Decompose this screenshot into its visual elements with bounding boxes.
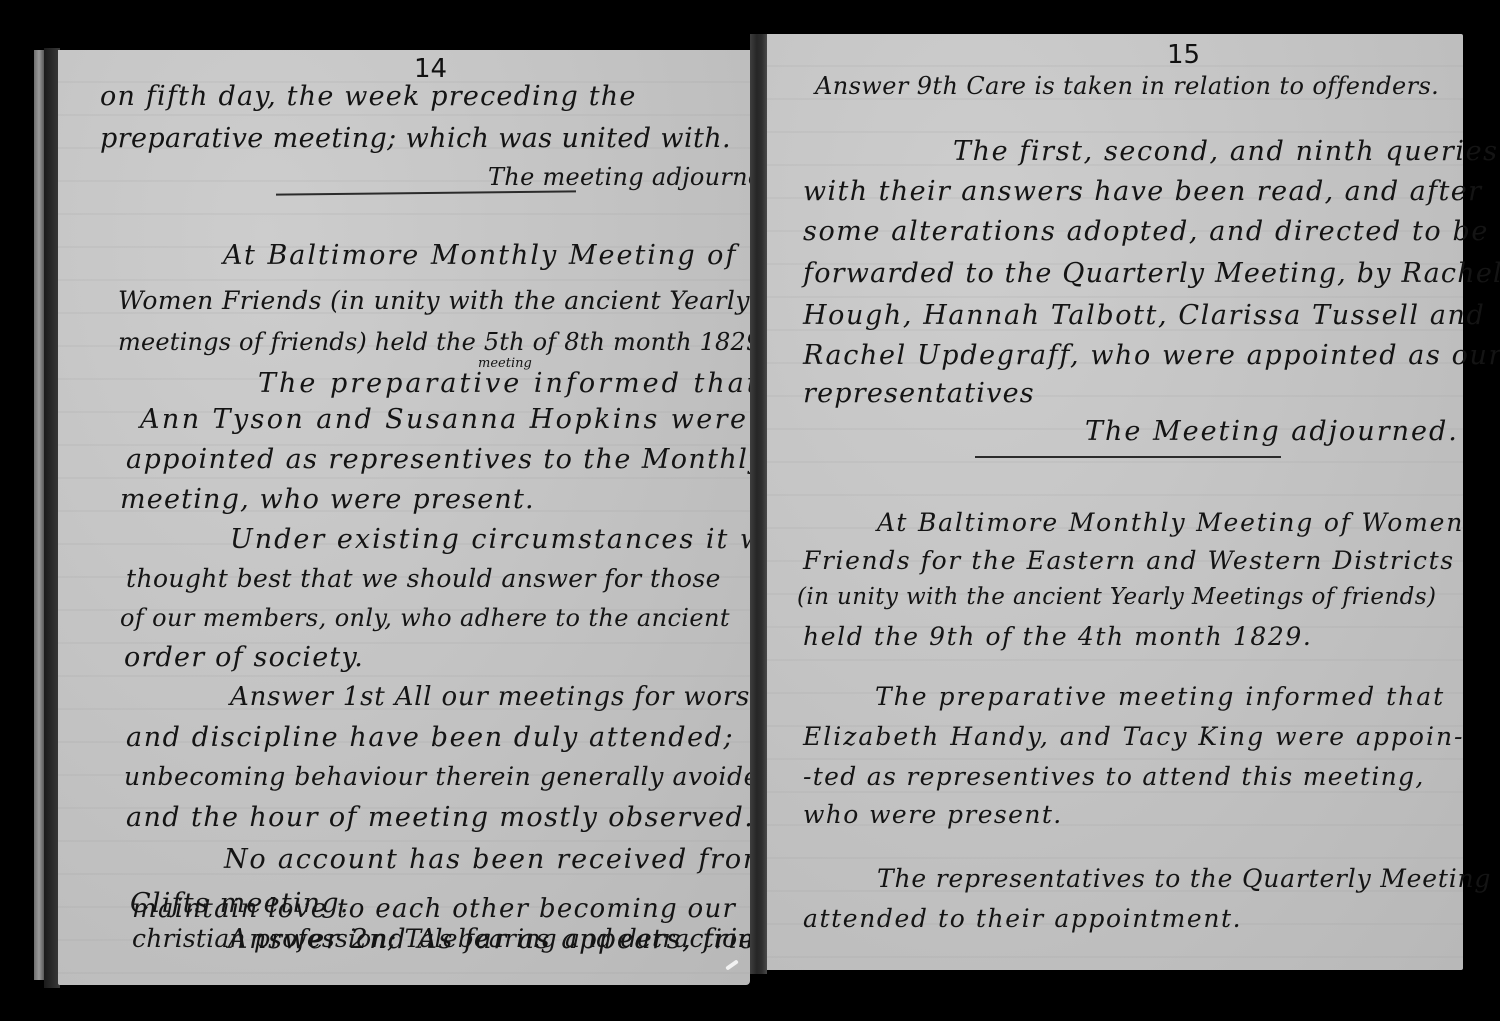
book-block-edge <box>34 50 44 980</box>
text-line: order of society. <box>124 644 364 671</box>
text-line: who were present. <box>803 802 1063 827</box>
text-line: meeting, who were present. <box>120 486 535 513</box>
scanned-book-spread: 14 on fifth day, the week preceding the … <box>0 0 1500 1021</box>
text-line: (in unity with the ancient Yearly Meetin… <box>797 586 1436 609</box>
text-line: attended to their appointment. <box>803 906 1242 931</box>
text-line: Hough, Hannah Talbott, Clarissa Tussell … <box>803 302 1485 329</box>
text-line: appointed as representives to the Monthl… <box>126 446 765 473</box>
text-line: unbecoming behaviour therein generally a… <box>124 764 776 789</box>
text-line: The preparative meeting informed that <box>875 684 1445 709</box>
text-line: At Baltimore Monthly Meeting of <box>223 242 737 269</box>
text-line: meetings of friends) held the 5th of 8th… <box>118 330 769 354</box>
text-line: representatives <box>803 380 1035 407</box>
text-line: forwarded to the Quarterly Meeting, by R… <box>803 260 1500 287</box>
text-line: Under existing circumstances it was <box>230 526 799 553</box>
text-line: The representatives to the Quarterly Mee… <box>877 866 1491 891</box>
text-line: The preparative informed that <box>258 370 761 397</box>
page-number-right: 15 <box>1167 40 1200 70</box>
text-line: maintain love to each other becoming our <box>132 896 736 922</box>
text-line: Rachel Updegraff, who were appointed as … <box>803 342 1500 369</box>
text-line: thought best that we should answer for t… <box>126 566 721 591</box>
section-divider-rule <box>975 456 1281 458</box>
text-line: Ann Tyson and Susanna Hopkins were <box>140 406 748 433</box>
text-line: Answer 9th Care is taken in relation to … <box>815 74 1439 98</box>
text-line: and the hour of meeting mostly observed. <box>126 804 754 831</box>
text-line: The first, second, and ninth queries <box>953 138 1499 165</box>
adjournment-line: The Meeting adjourned. <box>1085 418 1459 445</box>
text-line: Women Friends (in unity with the ancient… <box>118 288 750 313</box>
text-line: Answer 1st All our meetings for worship <box>230 684 794 710</box>
text-line: some alterations adopted, and directed t… <box>803 218 1489 245</box>
text-line: christian profession; Talebearing and de… <box>132 926 754 951</box>
left-page: 14 on fifth day, the week preceding the … <box>58 50 750 985</box>
text-line: Friends for the Eastern and Western Dist… <box>803 548 1455 573</box>
book-gutter <box>750 34 767 974</box>
text-line: and discipline have been duly attended; <box>126 724 734 751</box>
adjournment-line: The meeting adjourned. <box>488 165 786 189</box>
text-line: on fifth day, the week preceding the <box>100 83 637 110</box>
text-line: No account has been received from the <box>224 846 830 873</box>
right-page: 15 Answer 9th Care is taken in relation … <box>767 34 1463 970</box>
text-line: -ted as representives to attend this mee… <box>803 764 1425 789</box>
text-line: with their answers have been read, and a… <box>803 178 1482 205</box>
text-line: held the 9th of the 4th month 1829. <box>803 624 1312 649</box>
text-line: of our members, only, who adhere to the … <box>120 606 730 630</box>
section-divider-rule <box>276 190 576 195</box>
text-line: At Baltimore Monthly Meeting of Women <box>877 510 1464 535</box>
page-number-left: 14 <box>414 54 447 84</box>
text-line: Elizabeth Handy, and Tacy King were appo… <box>803 724 1465 749</box>
text-line: preparative meeting; which was united wi… <box>100 125 731 152</box>
